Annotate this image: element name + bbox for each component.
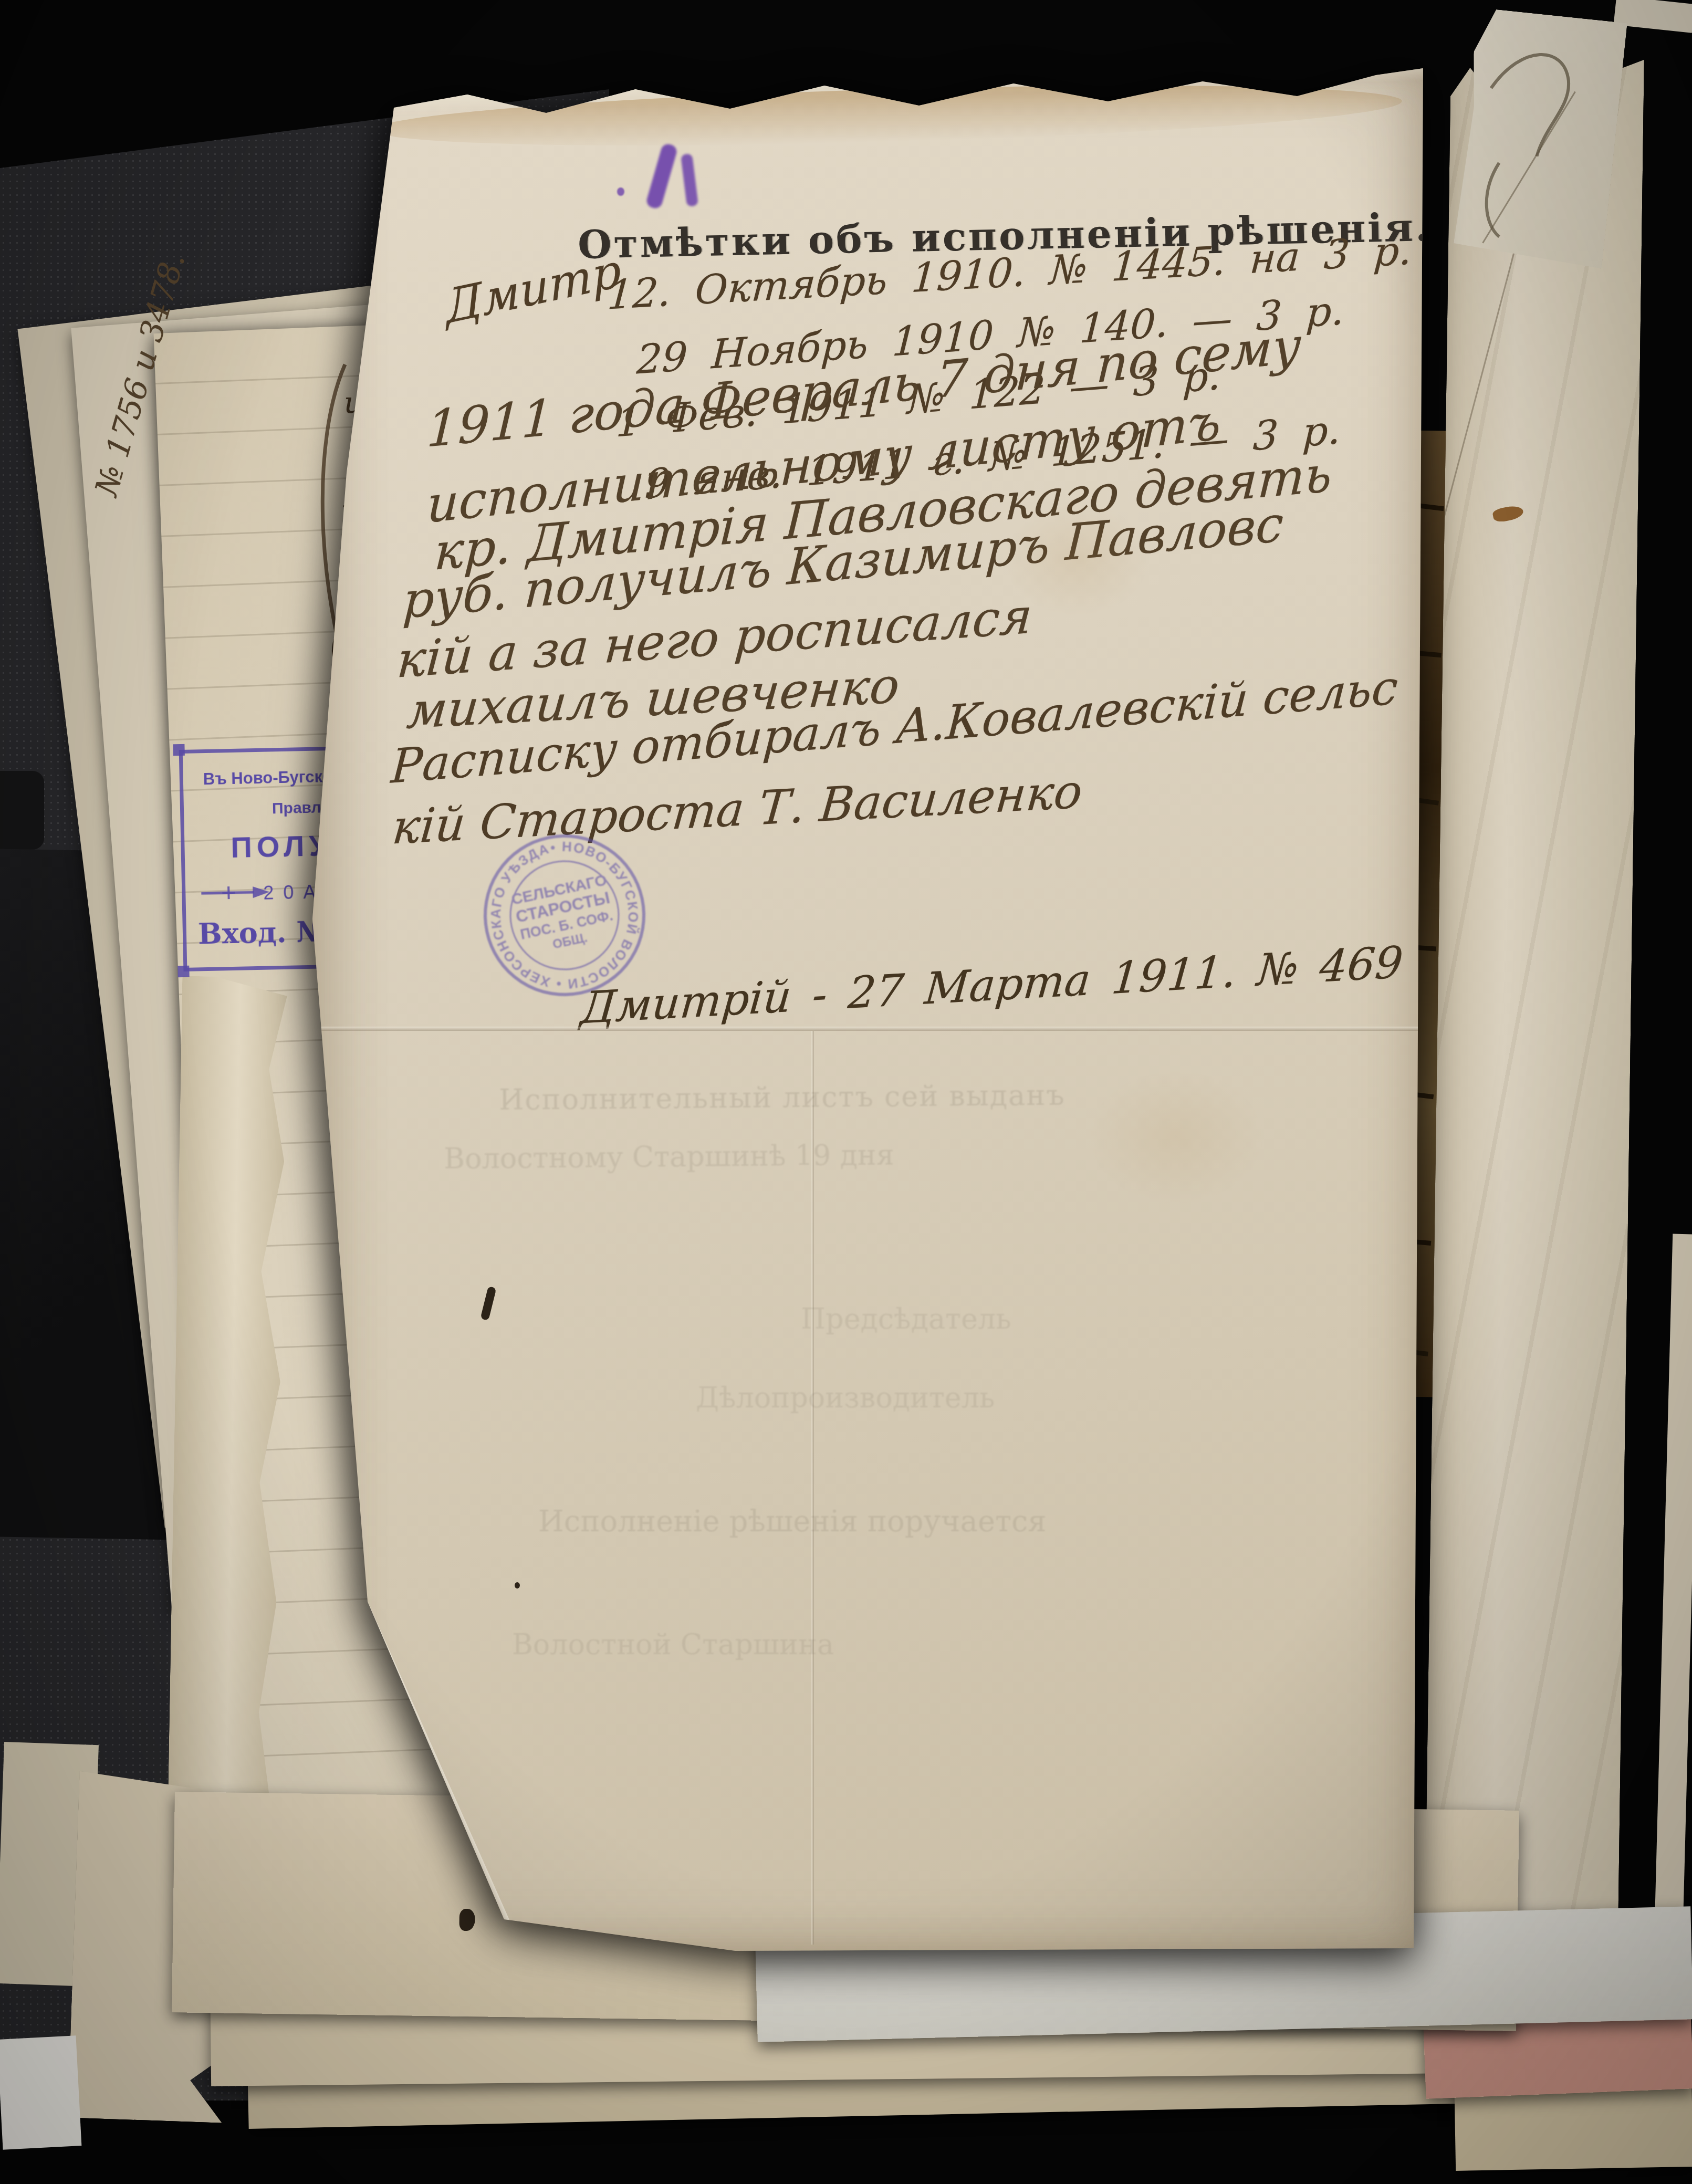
- foxing-stain-2: [1087, 1069, 1266, 1205]
- foxing-stain-1: [1003, 501, 1150, 617]
- white-sliver: [0, 2035, 81, 2150]
- strip-tear-fleck: [1492, 504, 1524, 524]
- form-line-5: Исполненіе рѣшенія поручается: [538, 1504, 1047, 1539]
- violet-mark-2: [681, 153, 698, 207]
- main-document-page: Отмѣтки объ исполненіи рѣшенія. Дмитр 12…: [310, 60, 1428, 1956]
- folded-corner-piece: [1453, 7, 1627, 268]
- violet-mark: [645, 142, 678, 210]
- form-line-2: Волостному Старшинѣ 19 дня: [444, 1138, 894, 1175]
- archival-photo-scene: № 1756 и 3478. и я че ш и Си Въ Ново-Буг…: [0, 0, 1692, 2184]
- black-folder-tab: [0, 771, 44, 850]
- ink-dot-small: [515, 1582, 520, 1589]
- pencil-scribble: [1453, 7, 1627, 268]
- entry-label: Дмитр: [444, 243, 623, 335]
- stamp-arrow-icon: [201, 884, 270, 902]
- form-line-3: Предсѣдатель: [801, 1302, 1011, 1335]
- ink-blot-middle: [480, 1286, 496, 1321]
- right-page-strip: [1424, 18, 1645, 1976]
- stamp-corner-mark-tl: [173, 744, 184, 756]
- stamp-line-incoming: Вход. №: [197, 914, 327, 950]
- ink-splatter-1: [423, 1887, 442, 1909]
- right-edge-sliver: [1655, 1234, 1692, 1928]
- main-page-wrap: Отмѣтки объ исполненіи рѣшенія. Дмитр 12…: [310, 60, 1428, 1956]
- horizontal-crease: [310, 1027, 1428, 1031]
- ink-splatter-2: [447, 1910, 459, 1924]
- violet-dot: [617, 187, 624, 196]
- stamp-corner-mark-bl: [177, 966, 189, 977]
- form-line-4: Дѣлопроизводитель: [696, 1381, 995, 1414]
- form-line-1: Исполнительный листъ сей выданъ: [499, 1079, 1066, 1116]
- ink-splatter-3: [466, 1926, 474, 1935]
- form-line-6: Волостной Старшина: [512, 1628, 834, 1661]
- corner-fold-shadow: [353, 1599, 509, 1926]
- top-edge-stain: [372, 75, 1403, 156]
